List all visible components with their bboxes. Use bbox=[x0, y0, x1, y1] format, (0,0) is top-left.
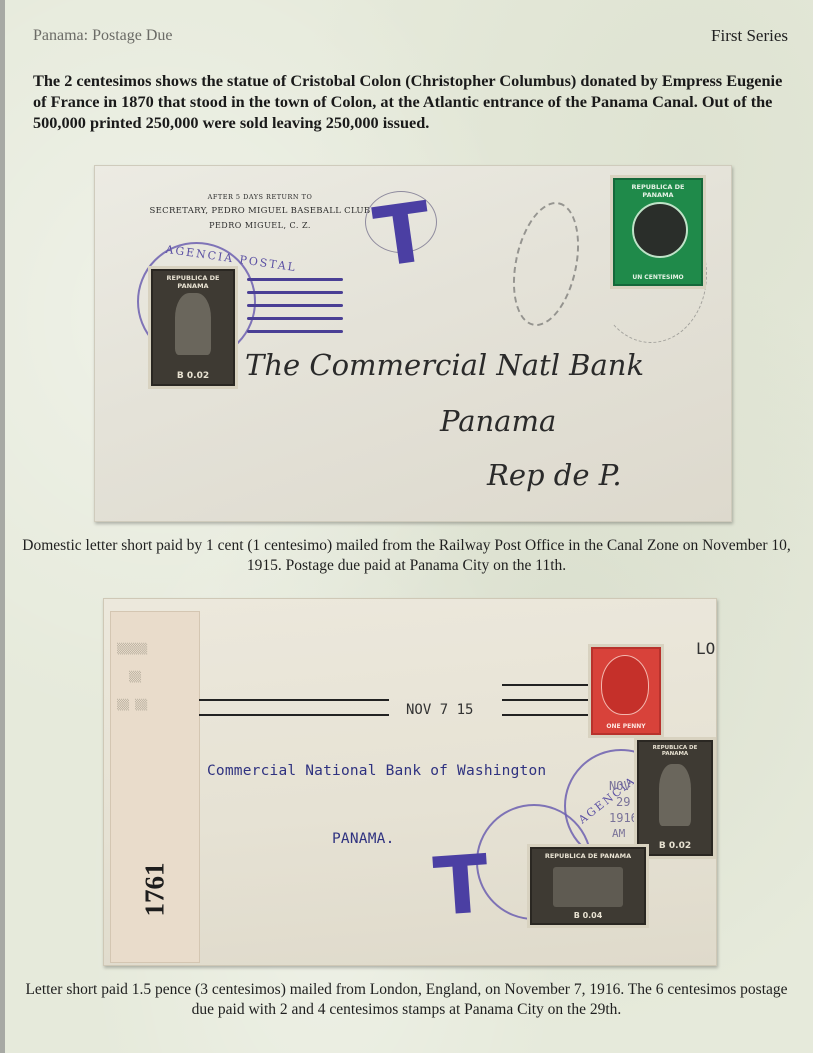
stamp-country-label: REPUBLICA DE PANAMA bbox=[153, 271, 233, 290]
london-postmark-date: NOV 7 15 bbox=[406, 702, 473, 718]
typed-address-line-1: Commercial National Bank of Washington bbox=[207, 763, 546, 779]
stamp-country-label: REPUBLICA DE PANAMA bbox=[615, 180, 701, 199]
portrait-icon bbox=[632, 202, 688, 258]
king-george-portrait-icon bbox=[601, 655, 649, 715]
postage-stamp-1c-canal-zone: REPUBLICA DE PANAMA UN CENTESIMO bbox=[613, 178, 703, 286]
censor-number: 1761 bbox=[140, 863, 171, 917]
stamp-value-label: ONE PENNY bbox=[593, 723, 659, 730]
stamp-value-label: B 0.02 bbox=[639, 841, 711, 851]
cancel-bars bbox=[247, 278, 343, 343]
cover-1-caption: Domestic letter short paid by 1 cent (1 … bbox=[20, 536, 793, 576]
postage-due-stamp-4c: REPUBLICA DE PANAMA B 0.04 bbox=[530, 847, 646, 925]
address-line-3: Rep de P. bbox=[487, 458, 622, 492]
stamp-value-label: B 0.02 bbox=[153, 371, 233, 381]
postage-due-stamp-2c: REPUBLICA DE PANAMA B 0.02 bbox=[637, 740, 713, 856]
cancel-date-month: NOV bbox=[609, 779, 631, 793]
stamp-value-label: B 0.04 bbox=[532, 911, 644, 920]
stamp-value-label: UN CENTESIMO bbox=[615, 274, 701, 281]
censor-faded-text: ▒▒▒▒▒ ▒▒▒▒ ▒▒ bbox=[117, 636, 147, 720]
duplex-oval-cancel bbox=[503, 196, 590, 332]
intro-paragraph: The 2 centesimos shows the statue of Cri… bbox=[33, 70, 793, 133]
cancel-date-time: AM bbox=[612, 827, 625, 840]
stamp-country-label: REPUBLICA DE PANAMA bbox=[532, 849, 644, 860]
address-line-2: Panama bbox=[440, 404, 556, 438]
postage-due-stamp-2c: REPUBLICA DE PANAMA B 0.02 bbox=[151, 269, 235, 386]
cover-2-envelope: ▒▒▒▒▒ ▒▒▒▒ ▒▒ 1761 NOV 7 15 LO ONE PENNY… bbox=[103, 598, 717, 966]
cancel-date-day: 29 bbox=[616, 795, 630, 809]
columbus-statue-icon bbox=[659, 764, 691, 826]
cover-1-envelope: AFTER 5 DAYS RETURN TO SECRETARY, PEDRO … bbox=[94, 165, 732, 522]
censor-label: ▒▒▒▒▒ ▒▒▒▒ ▒▒ 1761 bbox=[110, 611, 200, 963]
page-header-series: First Series bbox=[711, 26, 788, 46]
cover-2-caption: Letter short paid 1.5 pence (3 centesimo… bbox=[20, 980, 793, 1020]
tax-mark-t: T bbox=[431, 837, 492, 934]
page-edge-strip bbox=[0, 0, 5, 1053]
typed-address-line-2: PANAMA. bbox=[332, 831, 395, 847]
address-line-1: The Commercial Natl Bank bbox=[245, 348, 644, 382]
columbus-statue-icon bbox=[175, 293, 211, 355]
building-icon bbox=[553, 867, 623, 907]
postage-stamp-one-penny: ONE PENNY bbox=[591, 647, 661, 735]
cancel-date-year: 1916 bbox=[609, 811, 638, 825]
london-postmark-city: LO bbox=[696, 639, 715, 658]
page-header-title: Panama: Postage Due bbox=[33, 27, 173, 45]
machine-cancel-lines-left bbox=[199, 699, 389, 729]
stamp-country-label: REPUBLICA DE PANAMA bbox=[639, 742, 711, 757]
